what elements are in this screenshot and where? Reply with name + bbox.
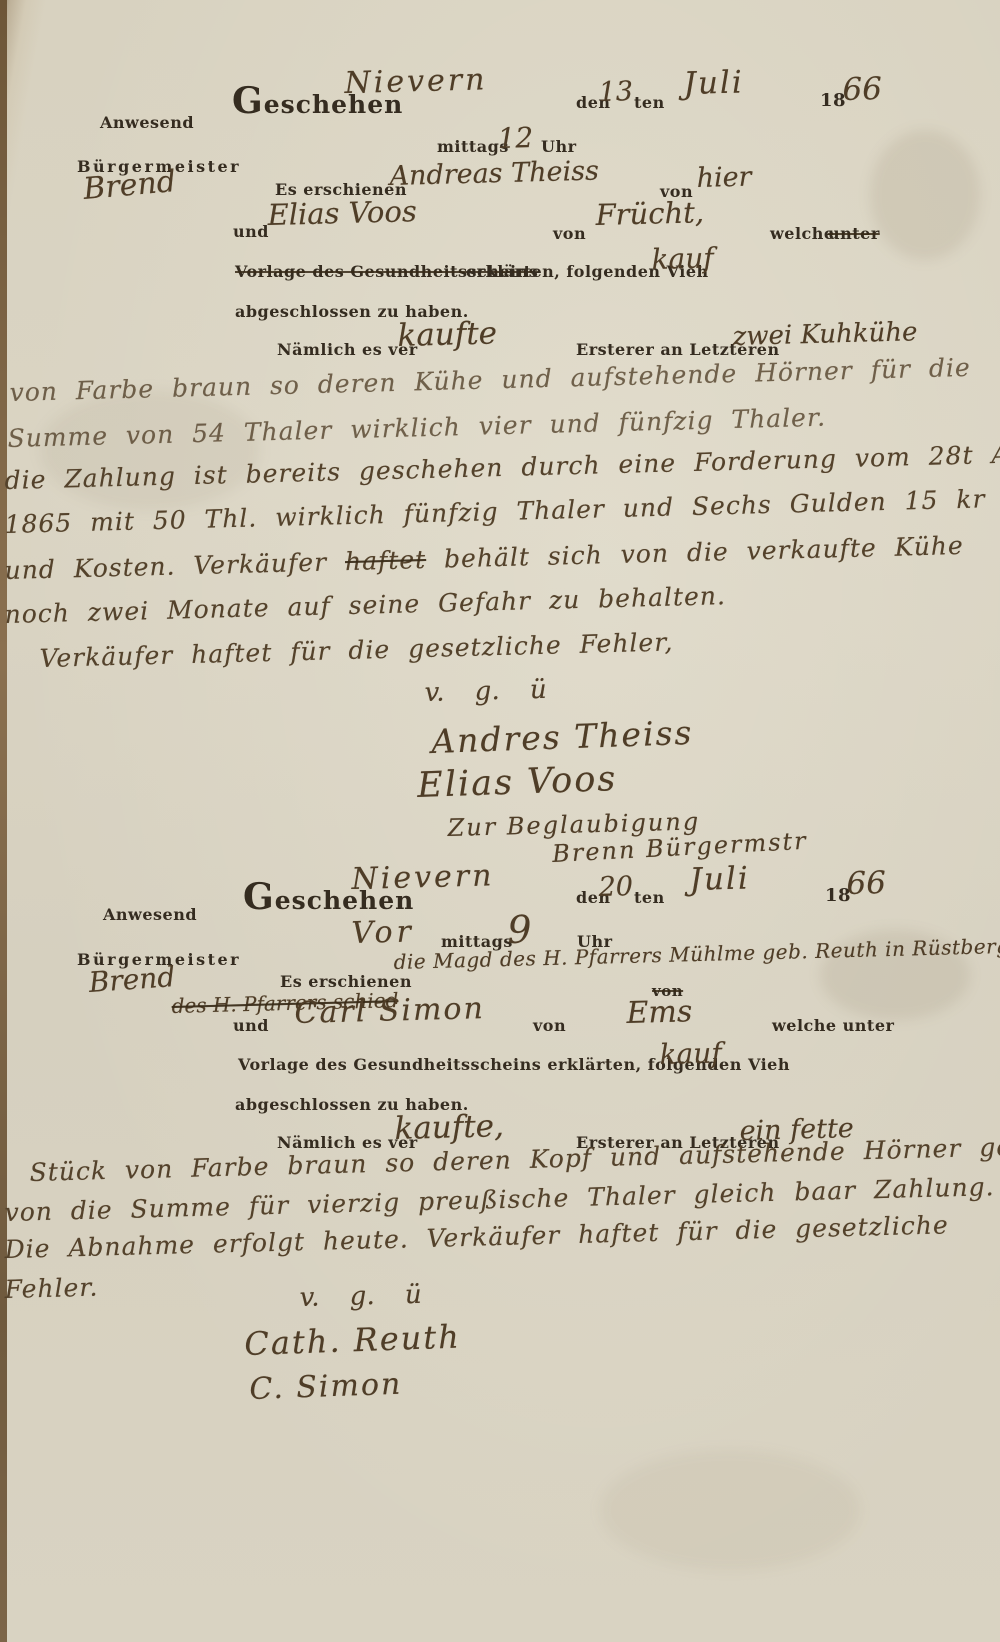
entry2-party2-origin: Ems xyxy=(626,994,693,1031)
entry1-day: 13 xyxy=(598,76,633,108)
entry1-haftet-struck: haftet xyxy=(345,545,427,576)
entry1-kaufte-hand: kaufte xyxy=(397,315,497,354)
entry2-signature-party1: Cath. Reuth xyxy=(244,1317,462,1363)
entry2-body-line4: Fehler. xyxy=(4,1273,99,1304)
ink-bleed-smudge xyxy=(600,1450,860,1570)
entry1-naemlich-label: Nämlich es ver xyxy=(277,340,418,359)
entry1-hour: 12 xyxy=(497,121,533,155)
entry1-unter-struck: unter xyxy=(828,224,880,243)
scanned-register-page: Anwesend Bürgermeister Brend Geschehen N… xyxy=(0,0,1000,1642)
entry1-line5-post: behält sich von die verkaufte Kühe xyxy=(444,531,964,574)
entry2-hour: 9 xyxy=(507,907,532,952)
entry1-body-line5: und Kosten. Verkäufer haftet behält sich… xyxy=(4,531,964,585)
entry1-von2-label: von xyxy=(553,224,586,243)
entry2-von2-label: von xyxy=(533,1016,566,1035)
entry1-signature-party1: Andres Theiss xyxy=(431,713,694,761)
book-gutter-edge xyxy=(0,0,7,1642)
entry1-place: Nievern xyxy=(344,62,488,101)
entry1-welche-label: welche xyxy=(770,224,835,243)
entry2-party2-name: Carl Simon xyxy=(294,991,485,1031)
entry2-anwesend-label: Anwesend xyxy=(103,905,197,924)
entry1-und-label: und xyxy=(233,222,269,241)
entry1-uhr-label: Uhr xyxy=(541,137,577,156)
entry1-year-hand: 66 xyxy=(842,71,882,108)
entry2-year-hand: 66 xyxy=(846,865,886,902)
ink-bleed-smudge xyxy=(870,130,980,260)
entry2-signature-party2: C. Simon xyxy=(249,1367,403,1407)
entry2-mayor-name: Brend xyxy=(88,960,177,999)
entry1-body-line2: Summe von 54 Thaler wirklich vier und fü… xyxy=(7,403,826,453)
entry2-place: Nievern xyxy=(351,858,495,897)
entry2-vgu-abbrev: v. g. ü xyxy=(299,1280,422,1313)
entry1-body-line6: noch zwei Monate auf seine Gefahr zu beh… xyxy=(4,581,726,629)
entry1-mayor-name: Brend xyxy=(82,164,177,207)
entry2-day: 20 xyxy=(598,871,633,903)
entry2-welche-unter-label: welche unter xyxy=(772,1016,894,1035)
entry1-vgu-abbrev: v. g. ü xyxy=(424,675,547,708)
entry1-anwesend-label: Anwesend xyxy=(100,113,194,132)
entry2-und-label: und xyxy=(233,1016,269,1035)
entry1-party2-origin: Frücht, xyxy=(595,195,704,232)
entry1-party2-name: Elias Voos xyxy=(267,194,417,232)
entry1-party1-name: Andreas Theiss xyxy=(389,156,599,192)
entry1-signature-party2: Elias Voos xyxy=(417,759,618,806)
entry1-ten-label: ten xyxy=(634,93,665,112)
entry2-kaufte-hand: kaufte, xyxy=(394,1108,504,1147)
entry1-kauf-hand: kauf xyxy=(651,241,714,276)
entry2-vor-hand: Vor xyxy=(351,914,415,951)
entry1-body-line1: von Farbe braun so deren Kühe und aufste… xyxy=(9,353,971,407)
entry1-body-line7: Verkäufer haftet für die gesetzliche Feh… xyxy=(39,627,674,673)
entry2-ten-label: ten xyxy=(634,888,665,907)
entry1-month: Juli xyxy=(683,64,744,102)
entry2-month: Juli xyxy=(689,860,750,898)
entry1-object-hand: zwei Kuhkühe xyxy=(732,317,918,352)
entry2-kauf-hand: kauf xyxy=(659,1036,722,1071)
entry1-party1-origin: hier xyxy=(696,162,752,194)
entry1-line5-pre: und Kosten. Verkäufer xyxy=(4,548,327,585)
